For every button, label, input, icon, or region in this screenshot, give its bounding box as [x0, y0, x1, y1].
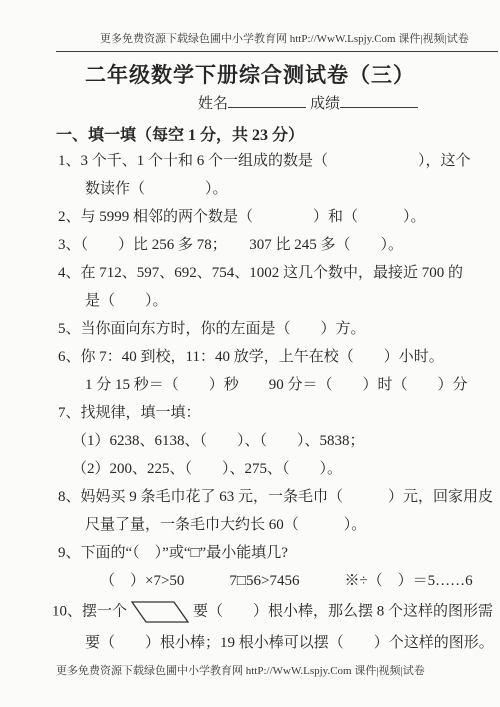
question-4-line-2: 是（ ）。 — [85, 292, 500, 310]
question-4-line-1: 4、在 712、597、692、754、1002 这几个数中，最接近 700 的 — [58, 264, 500, 282]
question-10-text-after-shape: 要（ ）根小棒，那么摆 8 个这样的图形需 — [193, 603, 493, 619]
question-1-line-1: 1、3 个千、1 个十和 6 个一组成的数是（ ），这个 — [58, 152, 500, 170]
question-6-conversion: 1 分 15 秒＝（ ）秒 90 分＝（ ）时（ ）分 — [85, 376, 500, 394]
parallelogram-shape — [131, 600, 189, 624]
name-score-row: 姓名成绩 — [198, 92, 500, 113]
name-label: 姓名 — [198, 96, 228, 112]
question-10-text-before-shape: 10、摆一个 — [52, 603, 127, 619]
question-5: 5、当你面向东方时，你的左面是（ ）方。 — [58, 320, 500, 338]
question-8-line-2: 尺量了量，一条毛巾大约长 60（ ）。 — [85, 516, 500, 534]
question-6: 6、你 7：40 到校，11：40 放学，上午在校（ ）小时。 — [58, 348, 500, 366]
page-title: 二年级数学下册综合测试卷（三） — [0, 62, 500, 88]
question-10-line-2: 要（ ）根小棒；19 根小棒可以摆（ ）个这样的图形。 — [85, 634, 500, 652]
question-7: 7、找规律，填一填： — [58, 404, 500, 422]
question-3: 3、（ ）比 256 多 78； 307 比 245 多（ ）。 — [58, 236, 500, 254]
question-8-line-1: 8、妈妈买 9 条毛巾花了 63 元，一条毛巾（ ）元，回家用皮 — [58, 488, 500, 506]
question-9: 9、下面的“（ ）”或“□”最小能填几? — [58, 544, 500, 562]
test-paper-page: 更多免费资源下载绿色圃中小学教育网 httP://WwW.Lspjy.Com 课… — [0, 0, 500, 707]
header-divider — [56, 51, 498, 52]
question-9-expressions: （ ）×7>50 7□56>7456 ※÷（ ）＝5……6 — [100, 572, 500, 590]
header-site-notice: 更多免费资源下载绿色圃中小学教育网 httP://WwW.Lspjy.Com 课… — [100, 0, 500, 46]
question-7-item-2: （2）200、225、（ ）、275、（ ）。 — [72, 460, 500, 478]
score-label: 成绩 — [310, 96, 340, 112]
question-1-line-2: 数读作（ ）。 — [85, 180, 500, 198]
score-blank-line — [340, 93, 418, 108]
section-heading: 一、填一填（每空 1 分，共 23 分） — [56, 122, 500, 145]
question-10-line-1: 10、摆一个要（ ）根小棒，那么摆 8 个这样的图形需 — [52, 600, 500, 624]
footer-site-notice: 更多免费资源下载绿色圃中小学教育网 httP://WwW.Lspjy.Com 课… — [56, 662, 500, 678]
name-blank-line — [228, 93, 306, 108]
question-2: 2、与 5999 相邻的两个数是（ ）和（ ）。 — [58, 208, 500, 226]
question-list: 1、3 个千、1 个十和 6 个一组成的数是（ ），这个 数读作（ ）。 2、与… — [0, 152, 500, 652]
question-7-item-1: （1）6238、6138、（ ）、（ ）、5838； — [72, 432, 500, 450]
